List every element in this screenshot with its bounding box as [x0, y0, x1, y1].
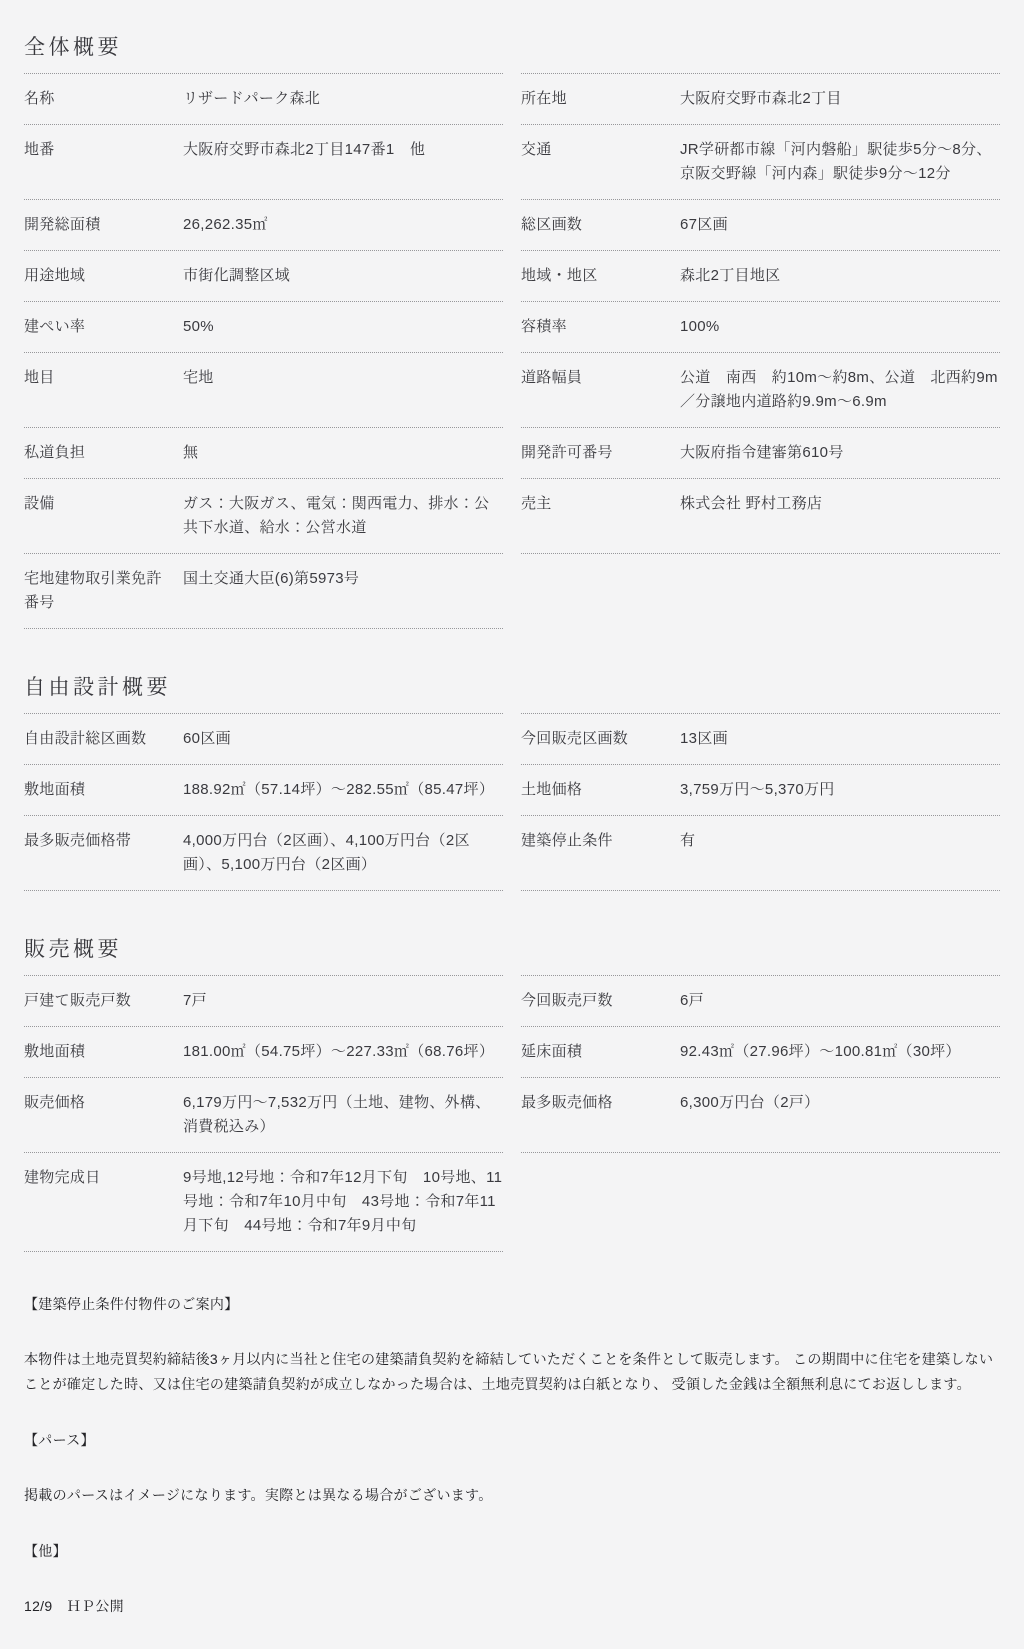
spec-value: 6戸: [680, 989, 1000, 1013]
spec-row-floor-area: 延床面積 92.43㎡（27.96坪）〜100.81㎡（30坪）: [521, 1027, 1000, 1078]
spec-label: 敷地面積: [24, 778, 183, 802]
spec-value: 67区画: [680, 213, 1000, 237]
spec-row-zoning: 用途地域 市街化調整区域: [24, 251, 503, 302]
spec-row-seller: 売主 株式会社 野村工務店: [521, 479, 1000, 554]
spec-row-lot-number: 地番 大阪府交野市森北2丁目147番1 他: [24, 125, 503, 200]
spec-label: 所在地: [521, 87, 680, 111]
spec-label: 地番: [24, 138, 183, 162]
spec-value: 188.92㎡（57.14坪）〜282.55㎡（85.47坪）: [183, 778, 503, 802]
spec-value: 無: [183, 441, 503, 465]
spec-label: 宅地建物取引業免許番号: [24, 567, 183, 615]
spec-label: 敷地面積: [24, 1040, 183, 1064]
spec-row-free-design-lots: 自由設計総区画数 60区画: [24, 713, 503, 765]
spec-value: 大阪府指令建審第610号: [680, 441, 1000, 465]
spec-row-permit-number: 開発許可番号 大阪府指令建審第610号: [521, 428, 1000, 479]
spec-value: 7戸: [183, 989, 503, 1013]
spec-row-sales-price: 販売価格 6,179万円〜7,532万円（土地、建物、外構、消費税込み）: [24, 1078, 503, 1153]
note-paragraph-building-condition: 本物件は土地売買契約締結後3ヶ月以内に当社と住宅の建築請負契約を締結していただく…: [24, 1347, 1000, 1397]
spec-label: 地域・地区: [521, 264, 680, 288]
spec-value: 3,759万円〜5,370万円: [680, 778, 1000, 802]
spec-value: 国土交通大臣(6)第5973号: [183, 567, 503, 591]
spec-value: 森北2丁目地区: [680, 264, 1000, 288]
spec-label: 延床面積: [521, 1040, 680, 1064]
section-title-sales: 販売概要: [24, 933, 1000, 963]
note-heading-perspective: 【パース】: [24, 1430, 1000, 1450]
spec-row-coverage-ratio: 建ぺい率 50%: [24, 302, 503, 353]
spec-value: 92.43㎡（27.96坪）〜100.81㎡（30坪）: [680, 1040, 1000, 1064]
footnotes: 【建築停止条件付物件のご案内】 本物件は土地売買契約締結後3ヶ月以内に当社と住宅…: [24, 1294, 1000, 1619]
spec-label: 建ぺい率: [24, 315, 183, 339]
spec-label: 私道負担: [24, 441, 183, 465]
property-spec-page: 全体概要 名称 リザードパーク森北 所在地 大阪府交野市森北2丁目 地番 大阪府…: [0, 0, 1024, 1649]
spec-row-name: 名称 リザードパーク森北: [24, 73, 503, 125]
spec-row-total-lots: 総区画数 67区画: [521, 200, 1000, 251]
spec-label: 名称: [24, 87, 183, 111]
spec-row-road-width: 道路幅員 公道 南西 約10m〜約8m、公道 北西約9m／分譲地内道路約9.9m…: [521, 353, 1000, 428]
spec-value: リザードパーク森北: [183, 87, 503, 111]
spec-label: 販売価格: [24, 1091, 183, 1115]
spec-label: 今回販売区画数: [521, 727, 680, 751]
spec-value: 100%: [680, 315, 1000, 339]
section-free-design-summary: 自由設計概要 自由設計総区画数 60区画 今回販売区画数 13区画 敷地面積 1…: [24, 671, 1000, 891]
spec-value: 公道 南西 約10m〜約8m、公道 北西約9m／分譲地内道路約9.9m〜6.9m: [680, 366, 1000, 414]
spec-label: 交通: [521, 138, 680, 162]
spec-value: JR学研都市線「河内磐船」駅徒歩5分〜8分、京阪交野線「河内森」駅徒歩9分〜12…: [680, 138, 1000, 186]
spec-label: 開発総面積: [24, 213, 183, 237]
spec-row-utilities: 設備 ガス：大阪ガス、電気：関西電力、排水：公共下水道、給水：公営水道: [24, 479, 503, 554]
spec-table-free-design: 自由設計総区画数 60区画 今回販売区画数 13区画 敷地面積 188.92㎡（…: [24, 713, 1000, 891]
spec-label: 建築停止条件: [521, 829, 680, 853]
spec-row-empty: [521, 554, 1000, 629]
spec-row-transport: 交通 JR学研都市線「河内磐船」駅徒歩5分〜8分、京阪交野線「河内森」駅徒歩9分…: [521, 125, 1000, 200]
spec-label: 売主: [521, 492, 680, 516]
spec-value: 大阪府交野市森北2丁目: [680, 87, 1000, 111]
spec-row-houses-for-sale: 今回販売戸数 6戸: [521, 975, 1000, 1027]
spec-row-houses-total: 戸建て販売戸数 7戸: [24, 975, 503, 1027]
spec-table-sales: 戸建て販売戸数 7戸 今回販売戸数 6戸 敷地面積 181.00㎡（54.75坪…: [24, 975, 1000, 1252]
spec-row-land-price: 土地価格 3,759万円〜5,370万円: [521, 765, 1000, 816]
spec-value: 9号地,12号地：令和7年12月下旬 10号地、11号地：令和7年10月中旬 4…: [183, 1166, 503, 1238]
spec-label: 容積率: [521, 315, 680, 339]
spec-row-total-area: 開発総面積 26,262.35㎡: [24, 200, 503, 251]
spec-value: 181.00㎡（54.75坪）〜227.33㎡（68.76坪）: [183, 1040, 503, 1064]
spec-value: 6,300万円台（2戸）: [680, 1091, 1000, 1115]
spec-row-price-range: 最多販売価格帯 4,000万円台（2区画）、4,100万円台（2区画）、5,10…: [24, 816, 503, 891]
spec-label: 最多販売価格帯: [24, 829, 183, 853]
spec-row-private-road: 私道負担 無: [24, 428, 503, 479]
spec-value: 6,179万円〜7,532万円（土地、建物、外構、消費税込み）: [183, 1091, 503, 1139]
spec-row-license-number: 宅地建物取引業免許番号 国土交通大臣(6)第5973号: [24, 554, 503, 629]
spec-value: 60区画: [183, 727, 503, 751]
spec-row-location: 所在地 大阪府交野市森北2丁目: [521, 73, 1000, 125]
spec-value: 50%: [183, 315, 503, 339]
spec-value: 26,262.35㎡: [183, 213, 503, 237]
section-overall-summary: 全体概要 名称 リザードパーク森北 所在地 大阪府交野市森北2丁目 地番 大阪府…: [24, 31, 1000, 629]
note-heading-building-condition: 【建築停止条件付物件のご案内】: [24, 1294, 1000, 1314]
spec-label: 今回販売戸数: [521, 989, 680, 1013]
spec-label: 総区画数: [521, 213, 680, 237]
spec-value: 株式会社 野村工務店: [680, 492, 1000, 516]
spec-label: 建物完成日: [24, 1166, 183, 1190]
spec-label: 土地価格: [521, 778, 680, 802]
spec-row-building-condition: 建築停止条件 有: [521, 816, 1000, 891]
spec-label: 設備: [24, 492, 183, 516]
section-title-free-design: 自由設計概要: [24, 671, 1000, 701]
note-paragraph-perspective: 掲載のパースはイメージになります。実際とは異なる場合がございます。: [24, 1483, 1000, 1508]
spec-label: 地目: [24, 366, 183, 390]
spec-row-site-area: 敷地面積 188.92㎡（57.14坪）〜282.55㎡（85.47坪）: [24, 765, 503, 816]
spec-value: 市街化調整区域: [183, 264, 503, 288]
section-title-overall: 全体概要: [24, 31, 1000, 61]
spec-value: ガス：大阪ガス、電気：関西電力、排水：公共下水道、給水：公営水道: [183, 492, 503, 540]
spec-value: 4,000万円台（2区画）、4,100万円台（2区画）、5,100万円台（2区画…: [183, 829, 503, 877]
spec-value: 13区画: [680, 727, 1000, 751]
spec-label: 用途地域: [24, 264, 183, 288]
spec-row-lots-for-sale: 今回販売区画数 13区画: [521, 713, 1000, 765]
spec-row-most-common-price: 最多販売価格 6,300万円台（2戸）: [521, 1078, 1000, 1153]
spec-label: 道路幅員: [521, 366, 680, 390]
spec-row-sales-site-area: 敷地面積 181.00㎡（54.75坪）〜227.33㎡（68.76坪）: [24, 1027, 503, 1078]
section-sales-summary: 販売概要 戸建て販売戸数 7戸 今回販売戸数 6戸 敷地面積 181.00㎡（5…: [24, 933, 1000, 1252]
spec-row-completion-date: 建物完成日 9号地,12号地：令和7年12月下旬 10号地、11号地：令和7年1…: [24, 1153, 503, 1252]
spec-table-overall: 名称 リザードパーク森北 所在地 大阪府交野市森北2丁目 地番 大阪府交野市森北…: [24, 73, 1000, 629]
spec-row-empty: [521, 1153, 1000, 1252]
spec-label: 最多販売価格: [521, 1091, 680, 1115]
spec-value: 有: [680, 829, 1000, 853]
spec-value: 宅地: [183, 366, 503, 390]
spec-value: 大阪府交野市森北2丁目147番1 他: [183, 138, 503, 162]
spec-row-floor-area-ratio: 容積率 100%: [521, 302, 1000, 353]
note-paragraph-hp-release: 12/9 ＨＰ公開: [24, 1594, 1000, 1619]
spec-row-land-category: 地目 宅地: [24, 353, 503, 428]
note-heading-other: 【他】: [24, 1541, 1000, 1561]
spec-label: 自由設計総区画数: [24, 727, 183, 751]
spec-label: 戸建て販売戸数: [24, 989, 183, 1013]
spec-row-district: 地域・地区 森北2丁目地区: [521, 251, 1000, 302]
spec-label: 開発許可番号: [521, 441, 680, 465]
